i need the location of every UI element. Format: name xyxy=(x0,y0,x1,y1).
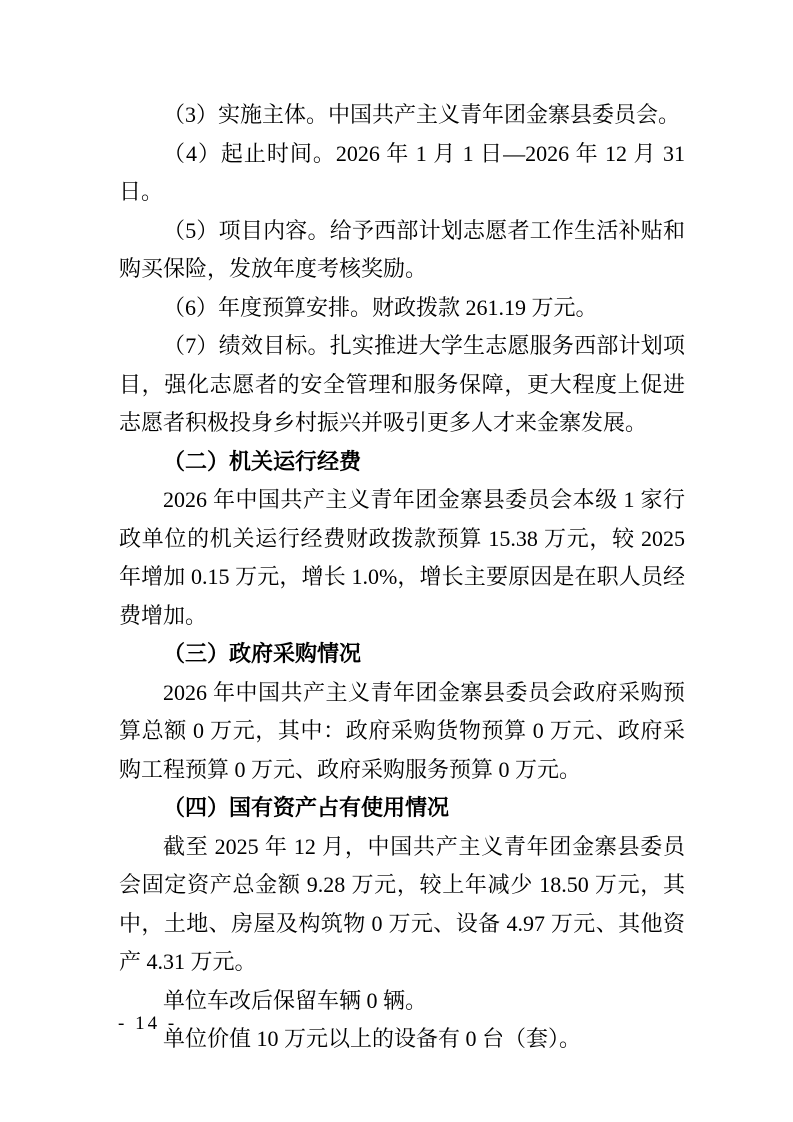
document-page: （3）实施主体。中国共产主义青年团金寨县委员会。（4）起止时间。2026 年 1… xyxy=(0,0,793,1122)
page-number: - 14 - xyxy=(118,1013,177,1034)
section-heading: （四）国有资产占有使用情况 xyxy=(119,789,685,828)
document-body: （3）实施主体。中国共产主义青年团金寨县委员会。（4）起止时间。2026 年 1… xyxy=(119,96,685,1059)
body-paragraph: 单位车改后保留车辆 0 辆。 xyxy=(119,982,685,1021)
body-paragraph: （3）实施主体。中国共产主义青年团金寨县委员会。 xyxy=(119,96,685,135)
body-paragraph: 2026 年中国共产主义青年团金寨县委员会本级 1 家行政单位的机关运行经费财政… xyxy=(119,481,685,635)
section-heading: （三）政府采购情况 xyxy=(119,635,685,674)
body-paragraph: （5）项目内容。给予西部计划志愿者工作生活补贴和购买保险，发放年度考核奖励。 xyxy=(119,212,685,289)
body-paragraph: （6）年度预算安排。财政拨款 261.19 万元。 xyxy=(119,289,685,328)
body-paragraph: 截至 2025 年 12 月，中国共产主义青年团金寨县委员会固定资产总金额 9.… xyxy=(119,828,685,982)
body-paragraph: 2026 年中国共产主义青年团金寨县委员会政府采购预算总额 0 万元，其中：政府… xyxy=(119,674,685,790)
body-paragraph: （7）绩效目标。扎实推进大学生志愿服务西部计划项目，强化志愿者的安全管理和服务保… xyxy=(119,327,685,443)
page-footer: - 14 - xyxy=(118,1013,177,1035)
section-heading: （二）机关运行经费 xyxy=(119,443,685,482)
body-paragraph: 单位价值 10 万元以上的设备有 0 台（套）。 xyxy=(119,1020,685,1059)
body-paragraph: （4）起止时间。2026 年 1 月 1 日—2026 年 12 月 31 日。 xyxy=(119,135,685,212)
